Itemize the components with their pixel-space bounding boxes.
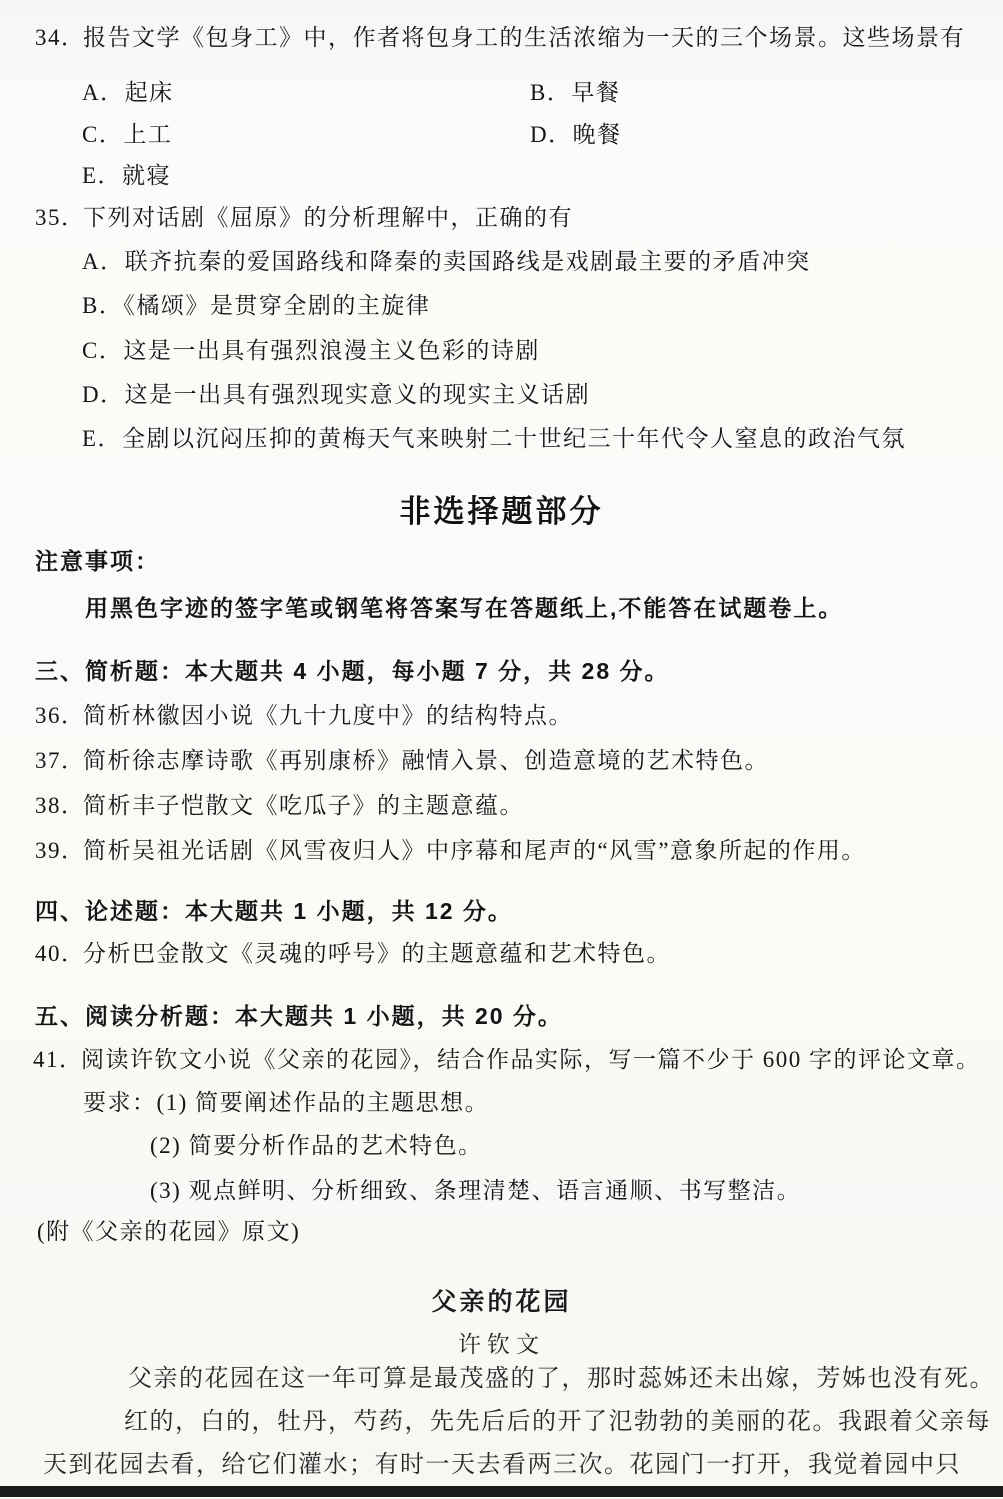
question-34-option-d: D．晚餐 <box>530 119 622 151</box>
part3-heading: 三、简析题：本大题共 4 小题，每小题 7 分，共 28 分。 <box>35 655 670 687</box>
question-35-option-b: B．《橘颂》是贯穿全剧的主旋律 <box>82 290 430 322</box>
question-35-option-c: C．这是一出具有强烈浪漫主义色彩的诗剧 <box>82 335 540 367</box>
question-34-number: 34． <box>35 22 83 54</box>
question-38-text: 简析丰子恺散文《吃瓜子》的主题意蕴。 <box>83 790 524 822</box>
question-39: 39． 简析吴祖光话剧《风雪夜归人》中序幕和尾声的“风雪”意象所起的作用。 <box>35 835 866 867</box>
question-40: 40． 分析巴金散文《灵魂的呼号》的主题意蕴和艺术特色。 <box>35 938 671 970</box>
question-39-text: 简析吴祖光话剧《风雪夜归人》中序幕和尾声的“风雪”意象所起的作用。 <box>83 835 866 867</box>
notice-label: 注意事项： <box>35 545 160 577</box>
part5-heading: 五、阅读分析题：本大题共 1 小题，共 20 分。 <box>35 1000 563 1032</box>
story-paragraph-2-line-2: 天到花园去看，给它们灌水；有时一天去看两三次。花园门一打开，我觉着园中只 <box>43 1448 961 1482</box>
part4-heading: 四、论述题：本大题共 1 小题，共 12 分。 <box>35 895 513 927</box>
question-34-stem: 34． 报告文学《包身工》中，作者将包身工的生活浓缩为一天的三个场景。这些场景有 <box>35 22 965 54</box>
story-paragraph-2-line-1: 红的，白的，牡丹，芍药，先先后后的开了氾勃勃的美丽的花。我跟着父亲每 <box>124 1405 991 1439</box>
question-35-option-e: E．全剧以沉闷压抑的黄梅天气来映射二十世纪三十年代令人窒息的政治气氛 <box>82 423 906 455</box>
requirement-2: (2) 简要分析作品的艺术特色。 <box>150 1130 483 1162</box>
question-37: 37． 简析徐志摩诗歌《再别康桥》融情入景、创造意境的艺术特色。 <box>35 745 769 777</box>
question-40-text: 分析巴金散文《灵魂的呼号》的主题意蕴和艺术特色。 <box>83 938 671 970</box>
question-34-option-a: A．起床 <box>82 77 174 109</box>
question-38-number: 38． <box>35 790 83 822</box>
question-35-number: 35． <box>35 202 83 234</box>
section-heading: 非选择题部分 <box>0 486 1003 531</box>
question-34-option-b: B．早餐 <box>530 77 620 109</box>
scan-bottom-edge <box>0 1486 1003 1497</box>
story-paragraph-1: 父亲的花园在这一年可算是最茂盛的了，那时蕊姊还未出嫁，芳姊也没有死。 <box>128 1362 995 1396</box>
question-35-stem: 35． 下列对话剧《屈原》的分析理解中，正确的有 <box>35 202 573 234</box>
story-author: 许钦文 <box>0 1326 1003 1359</box>
question-37-text: 简析徐志摩诗歌《再别康桥》融情入景、创造意境的艺术特色。 <box>83 745 769 777</box>
question-37-number: 37． <box>35 745 83 777</box>
question-34-text: 报告文学《包身工》中，作者将包身工的生活浓缩为一天的三个场景。这些场景有 <box>83 22 965 54</box>
story-title: 父亲的花园 <box>0 1282 1003 1318</box>
requirement-3: (3) 观点鲜明、分析细致、条理清楚、语言通顺、书写整洁。 <box>150 1175 801 1207</box>
question-35-option-d: D．这是一出具有强烈现实意义的现实主义话剧 <box>82 379 590 411</box>
question-35-text: 下列对话剧《屈原》的分析理解中，正确的有 <box>83 202 573 234</box>
question-36-text: 简析林徽因小说《九十九度中》的结构特点。 <box>83 700 573 732</box>
question-36: 36． 简析林徽因小说《九十九度中》的结构特点。 <box>35 700 573 732</box>
question-34-option-c: C．上工 <box>82 119 172 151</box>
question-41-text: 阅读许钦文小说《父亲的花园》，结合作品实际，写一篇不少于 600 字的评论文章。 <box>81 1044 981 1076</box>
question-36-number: 36． <box>35 700 83 732</box>
question-35-option-a: A．联齐抗秦的爱国路线和降秦的卖国路线是戏剧最主要的矛盾冲突 <box>82 246 811 278</box>
requirement-1: 要求：(1) 简要阐述作品的主题思想。 <box>83 1087 489 1119</box>
question-38: 38． 简析丰子恺散文《吃瓜子》的主题意蕴。 <box>35 790 524 822</box>
notice-body: 用黑色字迹的签字笔或钢笔将答案写在答题纸上,不能答在试题卷上。 <box>85 592 843 624</box>
exam-page: 34． 报告文学《包身工》中，作者将包身工的生活浓缩为一天的三个场景。这些场景有… <box>0 0 1003 1499</box>
question-39-number: 39． <box>35 835 83 867</box>
question-41-number: 41． <box>33 1044 81 1076</box>
question-41: 41． 阅读许钦文小说《父亲的花园》，结合作品实际，写一篇不少于 600 字的评… <box>33 1044 981 1076</box>
question-40-number: 40． <box>35 938 83 970</box>
attachment-note: (附《父亲的花园》原文) <box>37 1216 300 1248</box>
question-34-option-e: E．就寝 <box>82 160 171 192</box>
